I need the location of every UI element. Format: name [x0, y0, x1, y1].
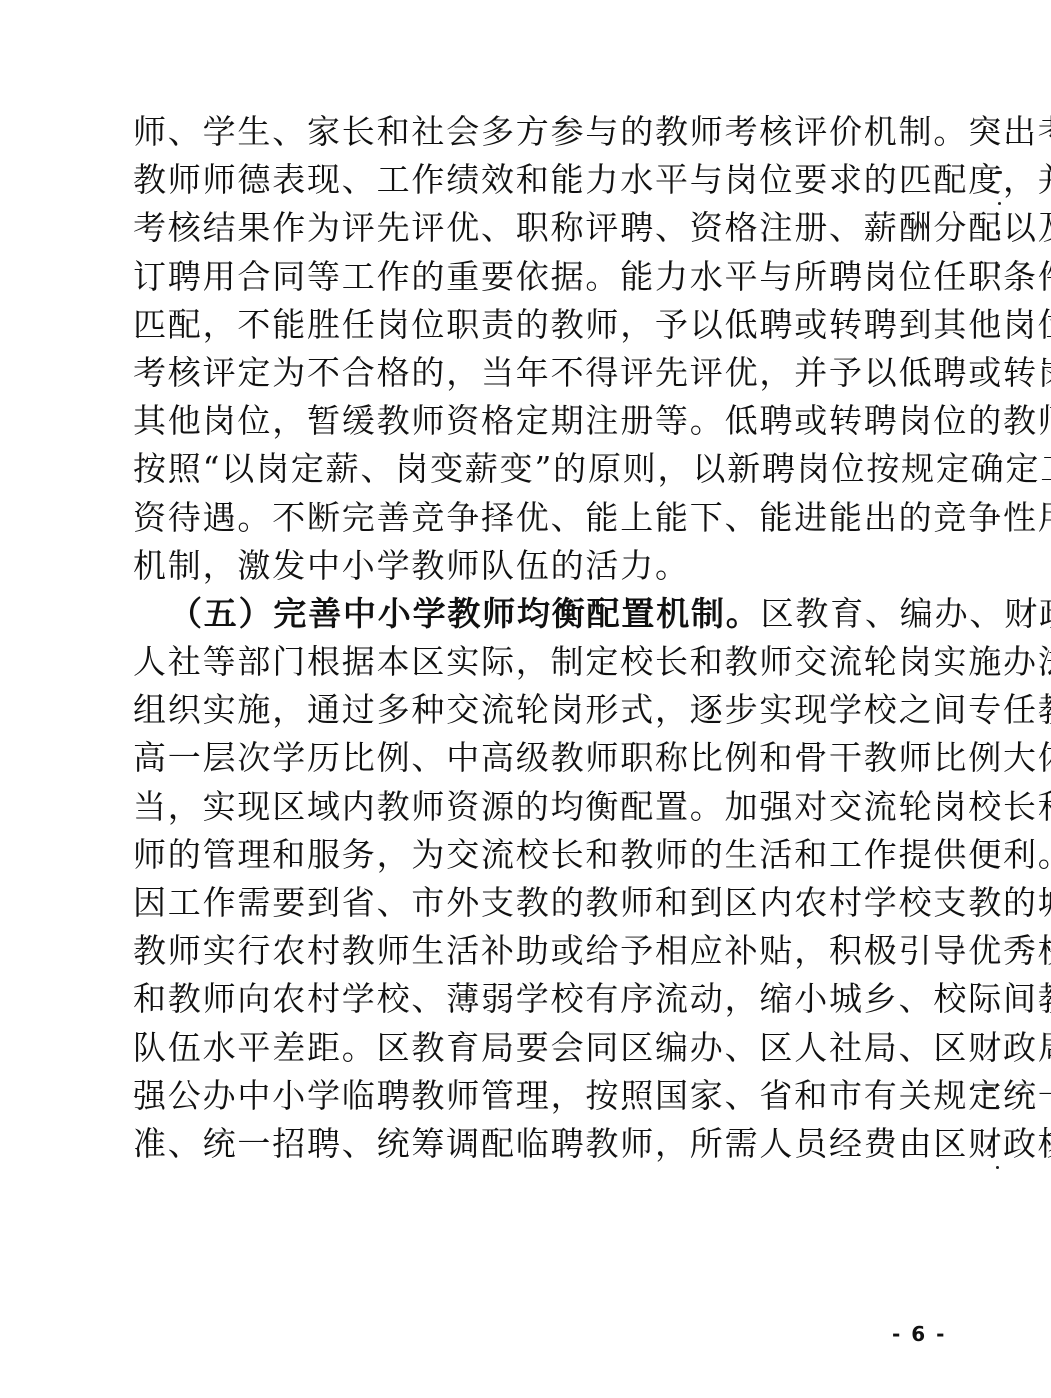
text-line: 教师实行农村教师生活补助或给予相应补贴，积极引导优秀校长: [133, 927, 933, 975]
text-line: 考核结果作为评先评优、职称评聘、资格注册、薪酬分配以及续: [133, 204, 933, 252]
document-page: 师、学生、家长和社会多方参与的教师考核评价机制。突出考核 教师师德表现、工作绩效…: [0, 0, 1051, 1398]
text-line: 和教师向农村学校、薄弱学校有序流动，缩小城乡、校际间教师: [133, 975, 933, 1023]
text-line: 师、学生、家长和社会多方参与的教师考核评价机制。突出考核: [133, 108, 933, 156]
text-line: 订聘用合同等工作的重要依据。能力水平与所聘岗位任职条件不: [133, 253, 933, 301]
text-line: 当，实现区域内教师资源的均衡配置。加强对交流轮岗校长和教: [133, 783, 933, 831]
text-line: 准、统一招聘、统筹调配临聘教师，所需人员经费由区财政核拨，: [133, 1120, 933, 1168]
section-heading: （五）完善中小学教师均衡配置机制。: [169, 594, 761, 633]
scan-speck: [996, 230, 1000, 235]
text-line: 师的管理和服务，为交流校长和教师的生活和工作提供便利。对: [133, 831, 933, 879]
text-line: 资待遇。不断完善竞争择优、能上能下、能进能出的竞争性用人: [133, 494, 933, 542]
text-line: 组织实施，通过多种交流轮岗形式，逐步实现学校之间专任教师: [133, 686, 933, 734]
text-line: 机制，激发中小学教师队伍的活力。: [133, 542, 933, 590]
scan-speck: [982, 1087, 994, 1090]
text-line: 强公办中小学临聘教师管理，按照国家、省和市有关规定统一标: [133, 1072, 933, 1120]
section-heading-line: （五）完善中小学教师均衡配置机制。区教育、编办、财政、: [133, 590, 933, 638]
text-line: 教师师德表现、工作绩效和能力水平与岗位要求的匹配度，并将: [133, 156, 933, 204]
body-text: 师、学生、家长和社会多方参与的教师考核评价机制。突出考核 教师师德表现、工作绩效…: [133, 108, 933, 1168]
text-line: 人社等部门根据本区实际，制定校长和教师交流轮岗实施办法并: [133, 638, 933, 686]
text-line: 考核评定为不合格的，当年不得评先评优，并予以低聘或转岗到: [133, 349, 933, 397]
scan-speck: [996, 264, 1000, 268]
text-line: 按照“以岗定薪、岗变薪变”的原则，以新聘岗位按规定确定工: [133, 445, 933, 493]
scan-speck: [996, 1166, 999, 1169]
section-heading-rest: 区教育、编办、财政、: [761, 594, 1051, 633]
text-line: 其他岗位，暂缓教师资格定期注册等。低聘或转聘岗位的教师，: [133, 397, 933, 445]
text-line: 因工作需要到省、市外支教的教师和到区内农村学校支教的城区: [133, 879, 933, 927]
scan-speck: [996, 1105, 999, 1108]
scan-speck: [996, 171, 1002, 174]
scan-speck: [988, 1144, 991, 1150]
text-line: 高一层次学历比例、中高级教师职称比例和骨干教师比例大体相: [133, 734, 933, 782]
text-line: 匹配，不能胜任岗位职责的教师，予以低聘或转聘到其他岗位。: [133, 301, 933, 349]
page-number: - 6 -: [892, 1322, 946, 1346]
scan-speck: [998, 202, 1001, 205]
text-line: 队伍水平差距。区教育局要会同区编办、区人社局、区财政局加: [133, 1024, 933, 1072]
